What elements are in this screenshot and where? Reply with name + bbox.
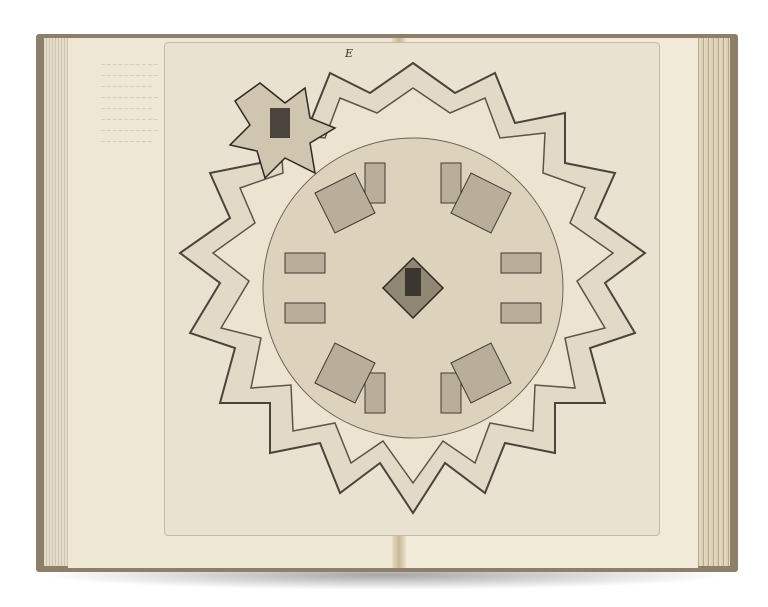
right-page-edges [696,38,730,566]
plate-letter: E [345,47,353,60]
central-tower [405,268,421,296]
fortress-plan-illustration [165,43,659,535]
engraved-plate: E [164,42,660,536]
left-page-edges [44,38,70,566]
